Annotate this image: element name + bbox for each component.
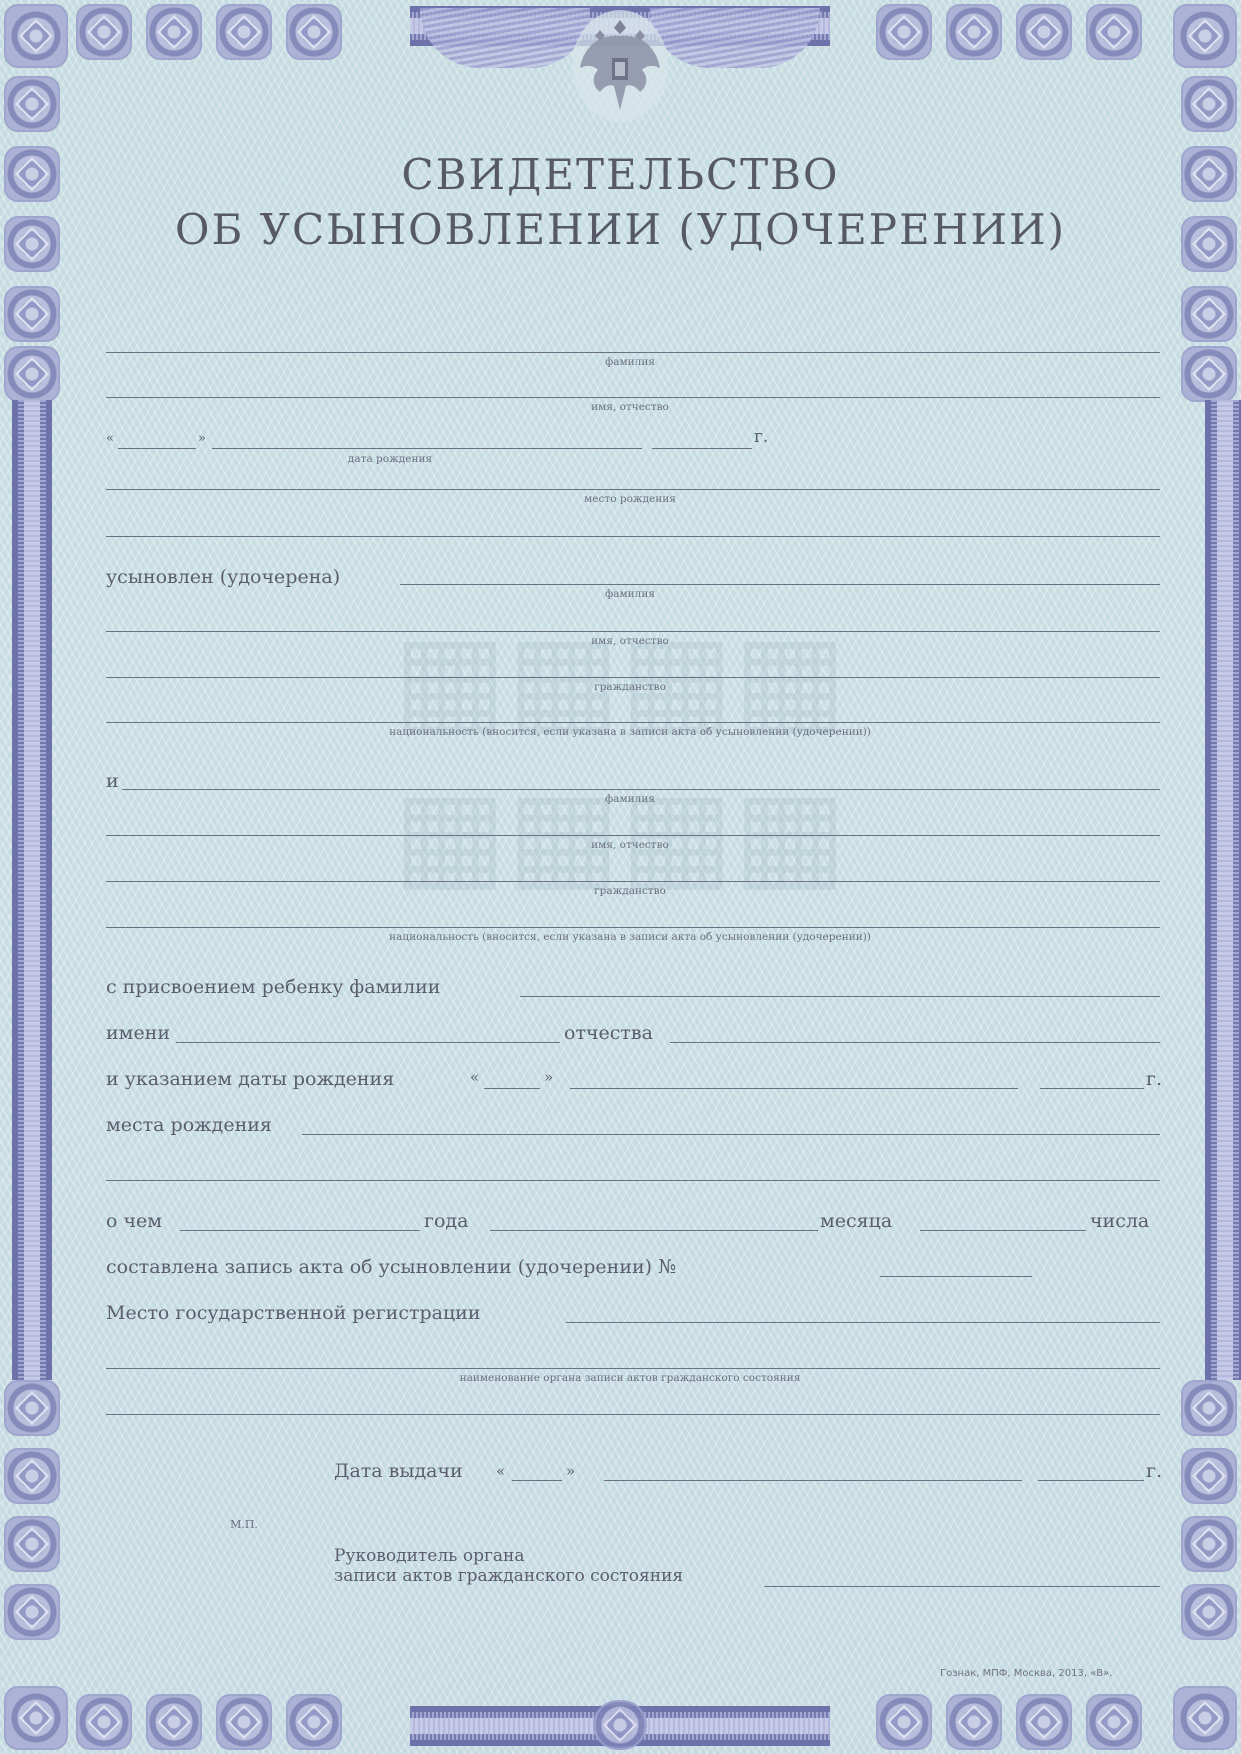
rule bbox=[1040, 1088, 1144, 1089]
month-label: месяца bbox=[820, 1210, 892, 1232]
bottom-center-rosette-icon bbox=[593, 1700, 647, 1750]
border-rosette-icon bbox=[286, 4, 342, 60]
adopter1-name-patronymic-field[interactable] bbox=[106, 606, 1160, 632]
border-rosette-icon bbox=[146, 1694, 202, 1750]
border-rosette-icon bbox=[1181, 1448, 1237, 1504]
rule bbox=[302, 1134, 1160, 1135]
corner-rosette-icon bbox=[4, 4, 68, 68]
border-rosette-icon bbox=[4, 76, 60, 132]
assigned-birth-place-field-2[interactable] bbox=[106, 1156, 1160, 1182]
assigned-surname-field[interactable] bbox=[520, 972, 1160, 998]
assigned-birth-year-field[interactable] bbox=[1040, 1064, 1144, 1090]
caption-citizenship: гражданство bbox=[594, 885, 666, 897]
assigned-patronymic-field[interactable] bbox=[670, 1018, 1160, 1044]
border-rosette-icon bbox=[76, 4, 132, 60]
rule bbox=[1038, 1480, 1144, 1481]
record-number-label: составлена запись акта об усыновлении (у… bbox=[106, 1256, 676, 1278]
stamp-place-label: М.П. bbox=[230, 1518, 258, 1531]
rule bbox=[604, 1480, 1022, 1481]
rule bbox=[176, 1042, 560, 1043]
adopted-by-label: усыновлен (удочерена) bbox=[106, 566, 340, 588]
rule bbox=[106, 397, 1160, 398]
assigned-name-label: имени bbox=[106, 1022, 170, 1044]
border-rosette-icon bbox=[876, 4, 932, 60]
signature-field[interactable] bbox=[764, 1562, 1160, 1588]
border-rosette-icon bbox=[76, 1694, 132, 1750]
adopter1-citizenship-field[interactable] bbox=[106, 652, 1160, 678]
issue-day-field[interactable] bbox=[512, 1456, 562, 1482]
registration-place-field-3[interactable] bbox=[106, 1390, 1160, 1416]
child-birth-year-field[interactable] bbox=[652, 424, 752, 450]
border-rosette-icon bbox=[876, 1694, 932, 1750]
document-subtitle: ОБ УСЫНОВЛЕНИИ (УДОЧЕРЕНИИ) bbox=[0, 205, 1241, 254]
corner-rosette-icon bbox=[4, 1686, 68, 1750]
child-birth-month-field[interactable] bbox=[212, 424, 642, 450]
day-label: числа bbox=[1090, 1210, 1149, 1232]
year-suffix: г. bbox=[1146, 1068, 1162, 1090]
child-surname-field[interactable] bbox=[106, 326, 1160, 352]
adopter1-surname-field[interactable] bbox=[400, 560, 1160, 586]
caption-name-patronymic: имя, отчество bbox=[591, 401, 669, 413]
assigned-birth-month-field[interactable] bbox=[570, 1064, 1018, 1090]
registration-place-field-2[interactable] bbox=[106, 1344, 1160, 1370]
and-label: и bbox=[106, 770, 119, 792]
border-rosette-icon bbox=[1181, 76, 1237, 132]
close-quote: » bbox=[544, 1068, 553, 1086]
child-name-patronymic-field[interactable] bbox=[106, 372, 1160, 398]
caption-name-patronymic: имя, отчество bbox=[591, 839, 669, 851]
rule bbox=[520, 996, 1160, 997]
rule bbox=[106, 927, 1160, 928]
border-rosette-icon bbox=[4, 1516, 60, 1572]
assigned-birth-day-field[interactable] bbox=[484, 1064, 540, 1090]
border-rosette-icon bbox=[4, 1380, 60, 1436]
year-suffix: г. bbox=[754, 427, 768, 447]
record-year-field[interactable] bbox=[180, 1206, 420, 1232]
rule bbox=[570, 1088, 1018, 1089]
border-rosette-icon bbox=[1181, 286, 1237, 342]
border-rosette-icon bbox=[1016, 4, 1072, 60]
record-number-field[interactable] bbox=[880, 1252, 1032, 1278]
certificate-page: ▦▦▦▦▦▦▦▦ bbox=[0, 0, 1241, 1754]
right-border-band bbox=[1205, 400, 1241, 1380]
right-wing-ornament bbox=[650, 8, 820, 68]
caption-registration-authority: наименование органа записи актов граждан… bbox=[460, 1372, 801, 1384]
open-quote: « bbox=[496, 1462, 505, 1480]
rule bbox=[106, 352, 1160, 353]
adopter2-nationality-field[interactable] bbox=[106, 902, 1160, 928]
adopter2-citizenship-field[interactable] bbox=[106, 856, 1160, 882]
border-rosette-icon bbox=[1086, 1694, 1142, 1750]
caption-birth-place: место рождения bbox=[584, 493, 676, 505]
rule bbox=[400, 584, 1160, 585]
caption-citizenship: гражданство bbox=[594, 681, 666, 693]
close-quote: » bbox=[198, 431, 206, 446]
about-label: о чем bbox=[106, 1210, 162, 1232]
border-rosette-icon bbox=[1086, 4, 1142, 60]
rule bbox=[106, 722, 1160, 723]
open-quote: « bbox=[106, 431, 114, 446]
rule bbox=[920, 1230, 1086, 1231]
rule bbox=[180, 1230, 420, 1231]
adopter1-nationality-field[interactable] bbox=[106, 698, 1160, 724]
caption-surname: фамилия bbox=[605, 793, 655, 805]
rule bbox=[106, 881, 1160, 882]
document-title: СВИДЕТЕЛЬСТВО bbox=[0, 150, 1241, 199]
rule bbox=[490, 1230, 818, 1231]
adopter2-surname-field[interactable] bbox=[122, 764, 1160, 790]
border-rosette-icon bbox=[1181, 346, 1237, 402]
child-birth-place-field-2[interactable] bbox=[106, 510, 1160, 536]
rule bbox=[880, 1276, 1032, 1277]
border-rosette-icon bbox=[4, 1448, 60, 1504]
assigned-patronymic-label: отчества bbox=[564, 1022, 653, 1044]
caption-nationality: национальность (вносится, если указана в… bbox=[389, 726, 871, 738]
child-birth-day-field[interactable] bbox=[118, 424, 196, 450]
border-rosette-icon bbox=[4, 286, 60, 342]
assigned-surname-label: с присвоением ребенку фамилии bbox=[106, 976, 440, 998]
caption-surname: фамилия bbox=[605, 356, 655, 368]
rule bbox=[122, 789, 1160, 790]
border-rosette-icon bbox=[216, 4, 272, 60]
head-of-office-label: Руководитель органа bbox=[334, 1546, 524, 1566]
caption-surname: фамилия bbox=[605, 588, 655, 600]
rule bbox=[484, 1088, 540, 1089]
border-rosette-icon bbox=[946, 4, 1002, 60]
rule bbox=[106, 1368, 1160, 1369]
russian-coat-of-arms-icon bbox=[570, 6, 670, 124]
issue-year-field[interactable] bbox=[1038, 1456, 1144, 1482]
rule bbox=[106, 536, 1160, 537]
registration-place-label: Место государственной регистрации bbox=[106, 1302, 481, 1324]
printer-imprint: Гознак, МПФ, Москва, 2013, «В». bbox=[940, 1668, 1112, 1679]
registration-place-field[interactable] bbox=[566, 1298, 1160, 1324]
caption-name-patronymic: имя, отчество bbox=[591, 635, 669, 647]
year-label: года bbox=[424, 1210, 468, 1232]
assigned-name-field[interactable] bbox=[176, 1018, 560, 1044]
close-quote: » bbox=[566, 1462, 575, 1480]
adopter2-name-patronymic-field[interactable] bbox=[106, 810, 1160, 836]
corner-rosette-icon bbox=[1173, 4, 1237, 68]
left-border-band bbox=[12, 400, 52, 1380]
signature-rule bbox=[764, 1586, 1160, 1587]
year-suffix: г. bbox=[1146, 1460, 1162, 1482]
open-quote: « bbox=[470, 1068, 479, 1086]
assigned-birth-place-field[interactable] bbox=[302, 1110, 1160, 1136]
border-rosette-icon bbox=[4, 346, 60, 402]
border-rosette-icon bbox=[4, 1584, 60, 1640]
rule bbox=[106, 835, 1160, 836]
assigned-birth-place-label: места рождения bbox=[106, 1114, 272, 1136]
rule bbox=[512, 1480, 562, 1481]
rule bbox=[106, 489, 1160, 490]
caption-nationality: национальность (вносится, если указана в… bbox=[389, 931, 871, 943]
issue-month-field[interactable] bbox=[604, 1456, 1022, 1482]
border-rosette-icon bbox=[1181, 1584, 1237, 1640]
record-day-field[interactable] bbox=[920, 1206, 1086, 1232]
corner-rosette-icon bbox=[1173, 1686, 1237, 1750]
rule bbox=[670, 1042, 1160, 1043]
assigned-birth-date-label: и указанием даты рождения bbox=[106, 1068, 394, 1090]
child-birth-place-field[interactable] bbox=[106, 463, 1160, 489]
rule bbox=[106, 1180, 1160, 1181]
issue-date-label: Дата выдачи bbox=[334, 1460, 463, 1482]
rule bbox=[106, 1414, 1160, 1415]
border-rosette-icon bbox=[1016, 1694, 1072, 1750]
left-wing-ornament bbox=[420, 8, 590, 68]
civil-registry-label: записи актов гражданского состояния bbox=[334, 1566, 683, 1586]
rule bbox=[106, 631, 1160, 632]
rule bbox=[566, 1322, 1160, 1323]
border-rosette-icon bbox=[946, 1694, 1002, 1750]
border-rosette-icon bbox=[1181, 1516, 1237, 1572]
border-rosette-icon bbox=[216, 1694, 272, 1750]
border-rosette-icon bbox=[286, 1694, 342, 1750]
record-month-field[interactable] bbox=[490, 1206, 818, 1232]
rule bbox=[106, 677, 1160, 678]
border-rosette-icon bbox=[1181, 1380, 1237, 1436]
border-rosette-icon bbox=[146, 4, 202, 60]
